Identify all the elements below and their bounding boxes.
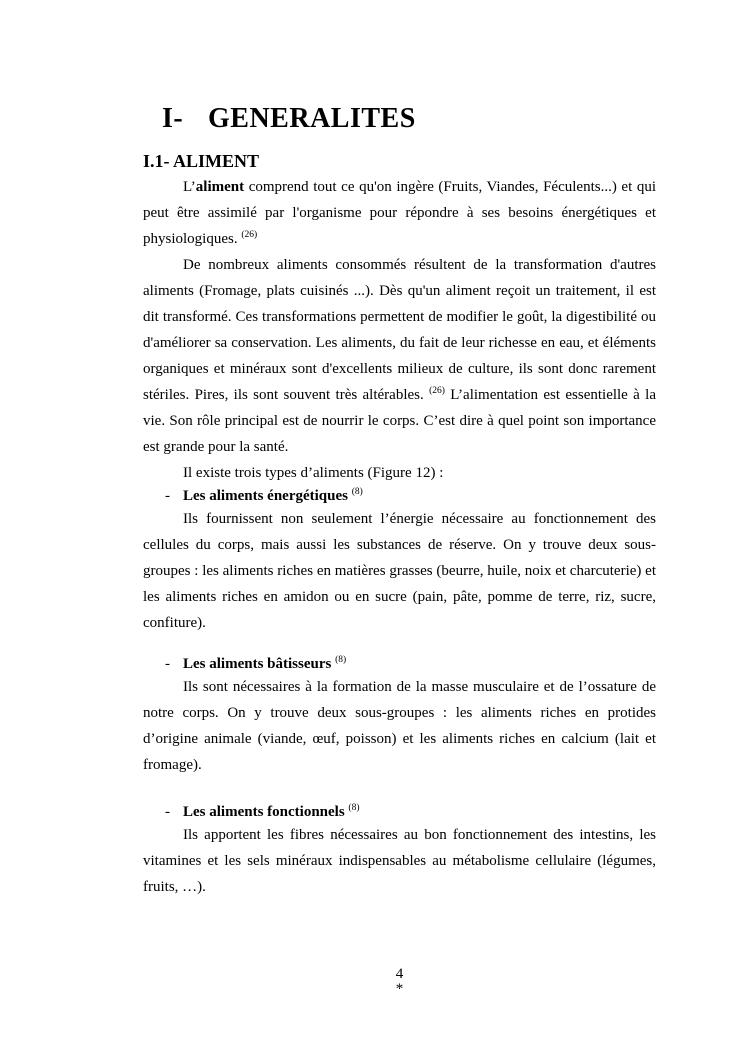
bullet-dash: -: [165, 802, 183, 822]
citation-ref: (8): [348, 803, 359, 813]
citation-ref: (26): [429, 386, 445, 396]
citation-ref: (8): [352, 487, 363, 497]
page-number: 4: [143, 966, 656, 982]
paragraph-types-intro: Il existe trois types d’aliments (Figure…: [143, 460, 656, 486]
bullet-item-fonctionnels: -Les aliments fonctionnels (8): [143, 802, 656, 822]
citation-ref: (8): [335, 655, 346, 665]
page-footer: 4 *: [143, 966, 656, 996]
page-title: I-GENERALITES: [162, 104, 656, 134]
document-content: I-GENERALITES I.1- ALIMENT L’aliment com…: [143, 0, 656, 900]
bullet-title-batisseurs: Les aliments bâtisseurs: [183, 656, 331, 672]
bold-term-aliment: aliment: [196, 179, 244, 195]
paragraph-aliment-definition: L’aliment comprend tout ce qu'on ingère …: [143, 174, 656, 252]
page-title-numeral: I-: [162, 104, 208, 134]
paragraph-run: L’: [183, 179, 196, 195]
bullet-body-fonctionnels: Ils apportent les fibres nécessaires au …: [143, 822, 656, 900]
footnote-asterisk: *: [143, 982, 656, 996]
bullet-item-batisseurs: -Les aliments bâtisseurs (8): [143, 654, 656, 674]
section-heading: I.1- ALIMENT: [143, 150, 656, 172]
page-title-text: GENERALITES: [208, 103, 416, 134]
bullet-dash: -: [165, 486, 183, 506]
bullet-body-energetiques: Ils fournissent non seulement l’énergie …: [143, 506, 656, 636]
bullet-item-energetiques: -Les aliments énergétiques (8): [143, 486, 656, 506]
paragraph-transformation: De nombreux aliments consommés résultent…: [143, 252, 656, 460]
bullet-title-fonctionnels: Les aliments fonctionnels: [183, 804, 345, 820]
paragraph-run: De nombreux aliments consommés résultent…: [143, 257, 656, 403]
document-page: I-GENERALITES I.1- ALIMENT L’aliment com…: [0, 0, 744, 1053]
bullet-title-energetiques: Les aliments énergétiques: [183, 488, 348, 504]
citation-ref: (26): [241, 230, 257, 240]
bullet-dash: -: [165, 654, 183, 674]
bullet-body-batisseurs: Ils sont nécessaires à la formation de l…: [143, 674, 656, 778]
